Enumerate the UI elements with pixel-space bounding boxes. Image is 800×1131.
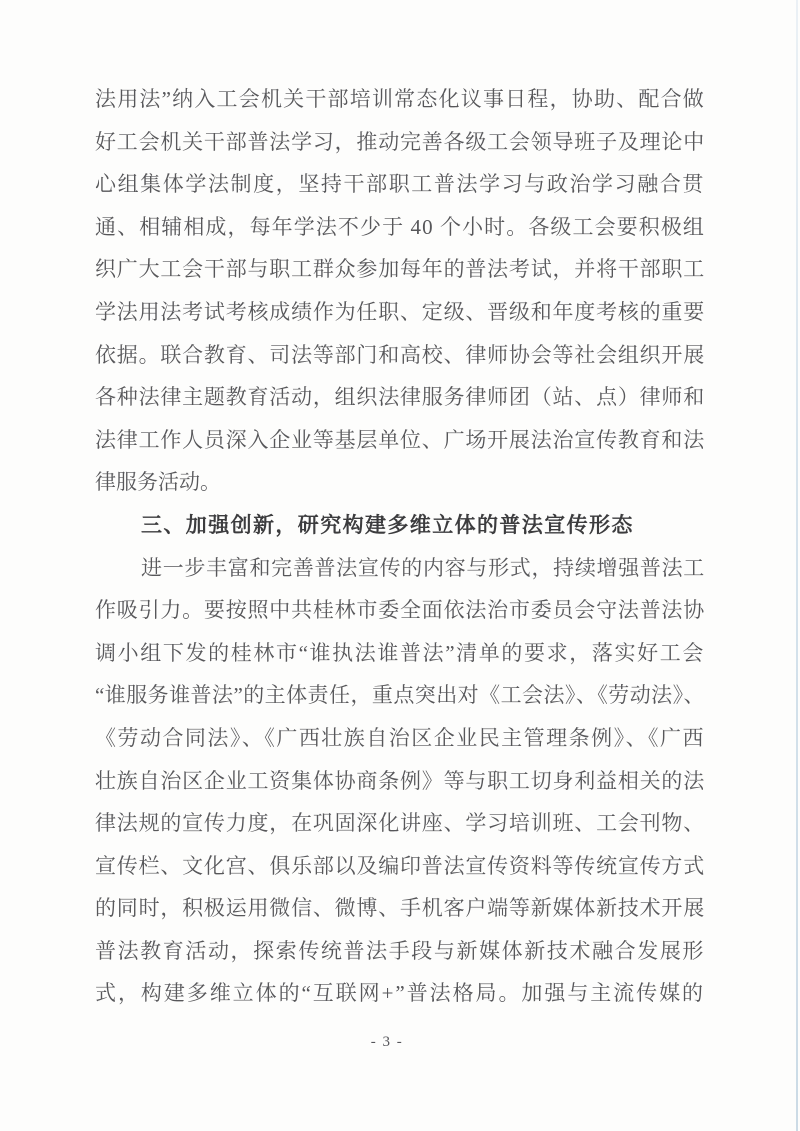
line-text: 依据。联合教育、司法等部门和高校、律师协会等社会组织开展 bbox=[95, 334, 705, 377]
line-text: 三、加强创新，研究构建多维立体的普法宣传形态 bbox=[141, 504, 634, 547]
text-line: 律服务活动。 bbox=[95, 461, 705, 504]
text-line: “谁服务谁普法”的主体责任，重点突出对《工会法》、《劳动法》、 bbox=[95, 674, 705, 717]
line-text: 壮族自治区企业工资集体协商条例》等与职工切身利益相关的法 bbox=[95, 760, 705, 803]
line-text: 宣传栏、文化宫、俱乐部以及编印普法宣传资料等传统宣传方式 bbox=[95, 845, 705, 888]
text-line: 通、相辅相成，每年学法不少于 40 个小时。各级工会要积极组 bbox=[95, 206, 705, 249]
section-heading: 三、加强创新，研究构建多维立体的普法宣传形态 bbox=[95, 504, 705, 547]
line-text: 普法教育活动，探索传统普法手段与新媒体新技术融合发展形 bbox=[95, 930, 705, 973]
text-line: 律法规的宣传力度，在巩固深化讲座、学习培训班、工会刊物、 bbox=[95, 802, 705, 845]
text-line: 调小组下发的桂林市“谁执法谁普法”清单的要求，落实好工会 bbox=[95, 632, 705, 675]
text-line: 依据。联合教育、司法等部门和高校、律师协会等社会组织开展 bbox=[95, 334, 705, 377]
line-text: 《劳动合同法》、《广西壮族自治区企业民主管理条例》、《广西 bbox=[95, 717, 705, 760]
text-line: 法律工作人员深入企业等基层单位、广场开展法治宣传教育和法 bbox=[95, 419, 705, 462]
line-text: 学法用法考试考核成绩作为任职、定级、晋级和年度考核的重要 bbox=[95, 291, 705, 334]
text-line: 织广大工会干部与职工群众参加每年的普法考试，并将干部职工 bbox=[95, 248, 705, 291]
line-text: 律服务活动。 bbox=[95, 461, 221, 504]
line-text: 作吸引力。要按照中共桂林市委全面依法治市委员会守法普法协 bbox=[95, 589, 705, 632]
text-line: 壮族自治区企业工资集体协商条例》等与职工切身利益相关的法 bbox=[95, 760, 705, 803]
line-text: 法用法”纳入工会机关干部培训常态化议事日程，协助、配合做 bbox=[95, 78, 705, 121]
text-line: 学法用法考试考核成绩作为任职、定级、晋级和年度考核的重要 bbox=[95, 291, 705, 334]
line-text: 织广大工会干部与职工群众参加每年的普法考试，并将干部职工 bbox=[95, 248, 705, 291]
text-line: 普法教育活动，探索传统普法手段与新媒体新技术融合发展形 bbox=[95, 930, 705, 973]
line-text: 式，构建多维立体的“互联网+”普法格局。加强与主流传媒的 bbox=[95, 972, 705, 1015]
text-line: 好工会机关干部普法学习，推动完善各级工会领导班子及理论中 bbox=[95, 121, 705, 164]
text-line: 进一步丰富和完善普法宣传的内容与形式，持续增强普法工 bbox=[95, 547, 705, 590]
scanned-document-page: 法用法”纳入工会机关干部培训常态化议事日程，协助、配合做好工会机关干部普法学习，… bbox=[0, 0, 800, 1131]
text-line: 的同时，积极运用微信、微博、手机客户端等新媒体新技术开展 bbox=[95, 887, 705, 930]
page-number: - 3 - bbox=[371, 1034, 404, 1051]
line-text: 法律工作人员深入企业等基层单位、广场开展法治宣传教育和法 bbox=[95, 419, 705, 462]
line-text: 好工会机关干部普法学习，推动完善各级工会领导班子及理论中 bbox=[95, 121, 705, 164]
text-line: 宣传栏、文化宫、俱乐部以及编印普法宣传资料等传统宣传方式 bbox=[95, 845, 705, 888]
text-line: 式，构建多维立体的“互联网+”普法格局。加强与主流传媒的 bbox=[95, 972, 705, 1015]
line-text: 的同时，积极运用微信、微博、手机客户端等新媒体新技术开展 bbox=[95, 887, 705, 930]
text-line: 作吸引力。要按照中共桂林市委全面依法治市委员会守法普法协 bbox=[95, 589, 705, 632]
line-text: 心组集体学法制度，坚持干部职工普法学习与政治学习融合贯 bbox=[95, 163, 705, 206]
page-edge-scan-line bbox=[796, 0, 798, 1131]
line-text: 各种法律主题教育活动，组织法律服务律师团（站、点）律师和 bbox=[95, 376, 705, 419]
line-text: 调小组下发的桂林市“谁执法谁普法”清单的要求，落实好工会 bbox=[95, 632, 705, 675]
text-line: 心组集体学法制度，坚持干部职工普法学习与政治学习融合贯 bbox=[95, 163, 705, 206]
line-text: “谁服务谁普法”的主体责任，重点突出对《工会法》、《劳动法》、 bbox=[95, 674, 705, 717]
line-text: 进一步丰富和完善普法宣传的内容与形式，持续增强普法工 bbox=[141, 547, 705, 590]
document-body: 法用法”纳入工会机关干部培训常态化议事日程，协助、配合做好工会机关干部普法学习，… bbox=[95, 78, 705, 1015]
line-text: 律法规的宣传力度，在巩固深化讲座、学习培训班、工会刊物、 bbox=[95, 802, 705, 845]
line-text: 通、相辅相成，每年学法不少于 40 个小时。各级工会要积极组 bbox=[95, 206, 705, 249]
text-line: 《劳动合同法》、《广西壮族自治区企业民主管理条例》、《广西 bbox=[95, 717, 705, 760]
text-line: 法用法”纳入工会机关干部培训常态化议事日程，协助、配合做 bbox=[95, 78, 705, 121]
text-line: 各种法律主题教育活动，组织法律服务律师团（站、点）律师和 bbox=[95, 376, 705, 419]
